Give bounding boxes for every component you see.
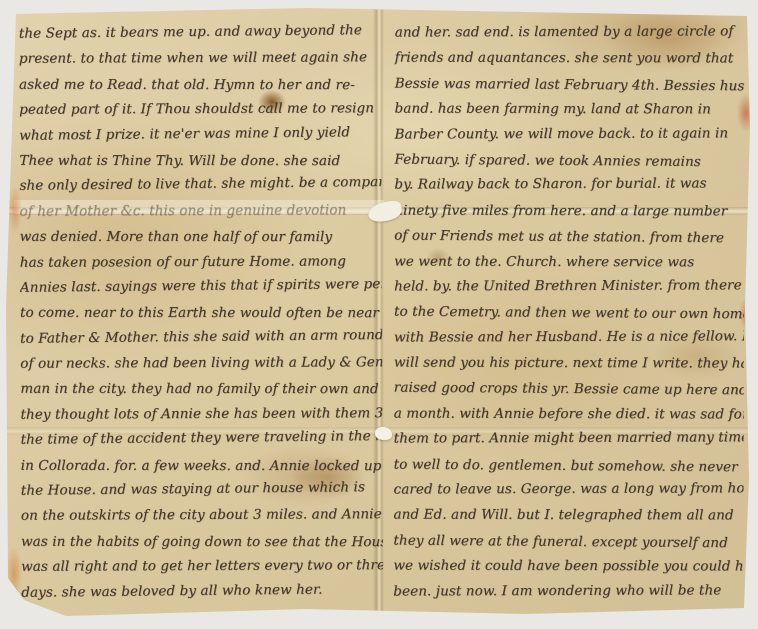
handwriting-line: them to part. Annie might been married m… — [394, 426, 744, 453]
tear-spot-lower — [375, 427, 392, 440]
handwriting-line: by. Railway back to Sharon. for burial. … — [394, 172, 744, 199]
handwriting-line: band. has been farming my. land at Sharo… — [394, 97, 744, 123]
handwriting-line: the House. and was staying at our house … — [21, 475, 383, 504]
handwriting-line: asked me to Read. that old. Hymn to her … — [19, 73, 381, 99]
handwriting-line: man in the city. they had no family of t… — [20, 377, 382, 403]
handwriting-line: the time of the accident they were trave… — [20, 424, 382, 453]
handwriting-line: we wished it could have been possible yo… — [393, 554, 743, 580]
handwriting-line: held. by. the United Brethren Minister. … — [394, 273, 744, 300]
handwriting-line: to Father & Mother. this she said with a… — [20, 323, 382, 352]
page-right: and her. sad end. is lamented by a large… — [393, 21, 745, 606]
handwriting-line: she only desired to live that. she might… — [19, 170, 381, 199]
handwriting-line: friends and aquantances. she sent you wo… — [395, 46, 745, 72]
handwriting-line: raised good crops this yr. Bessie came u… — [394, 376, 744, 404]
handwriting-line: on the outskirts of the city about 3 mil… — [21, 503, 383, 530]
handwriting-line: of her Mother &c. this one in genuine de… — [20, 198, 382, 225]
handwriting-line: of our necks. she had been living with a… — [20, 350, 382, 377]
handwriting-line: will send you his picture. next time I w… — [394, 351, 744, 377]
handwriting-line: was in the habits of going down to see t… — [21, 530, 383, 556]
handwriting-line: was denied. More than one half of our fa… — [20, 225, 382, 251]
handwriting-line: peated part of it. If Thou shouldst call… — [19, 96, 381, 123]
handwriting-line: Annies last. sayings were this that if s… — [20, 272, 382, 301]
handwriting-line: been. just now. I am wondering who will … — [393, 578, 743, 605]
handwriting-line: with Bessie and her Husband. He is a nic… — [394, 324, 744, 351]
handwriting-line: what most I prize. it ne'er was mine I o… — [19, 120, 381, 149]
handwriting-line: and Ed. and Will. but I. telegraphed the… — [393, 503, 743, 529]
paper-sheet: the Sept as. it bears me up. and away be… — [6, 8, 750, 616]
edge-stain — [6, 546, 22, 600]
handwriting-line: Barber County. we will move back. to it … — [394, 121, 744, 148]
handwriting-line: present. to that time when we will meet … — [19, 46, 381, 73]
handwriting-line: was all right and to get her letters eve… — [21, 553, 383, 580]
handwriting-line: the Sept as. it bears me up. and away be… — [19, 20, 381, 47]
handwriting-line: we went to the. Church. where service wa… — [394, 249, 744, 275]
handwriting-line: of our Friends met us at the station. fr… — [394, 224, 744, 252]
page-left: the Sept as. it bears me up. and away be… — [19, 20, 384, 606]
handwriting-line: they all were at the funeral. except you… — [393, 528, 743, 556]
handwriting-line: cared to leave us. George. was a long wa… — [393, 476, 743, 503]
handwriting-line: Bessie was married last February 4th. Be… — [394, 71, 744, 99]
handwriting-line: and her. sad end. is lamented by a large… — [395, 21, 745, 46]
handwriting-line: a month. with Annie before she died. it … — [394, 401, 744, 427]
handwriting-line: ninety five miles from here. and a large… — [394, 198, 744, 224]
handwriting-line: days. she was beloved by all who knew he… — [21, 577, 383, 606]
